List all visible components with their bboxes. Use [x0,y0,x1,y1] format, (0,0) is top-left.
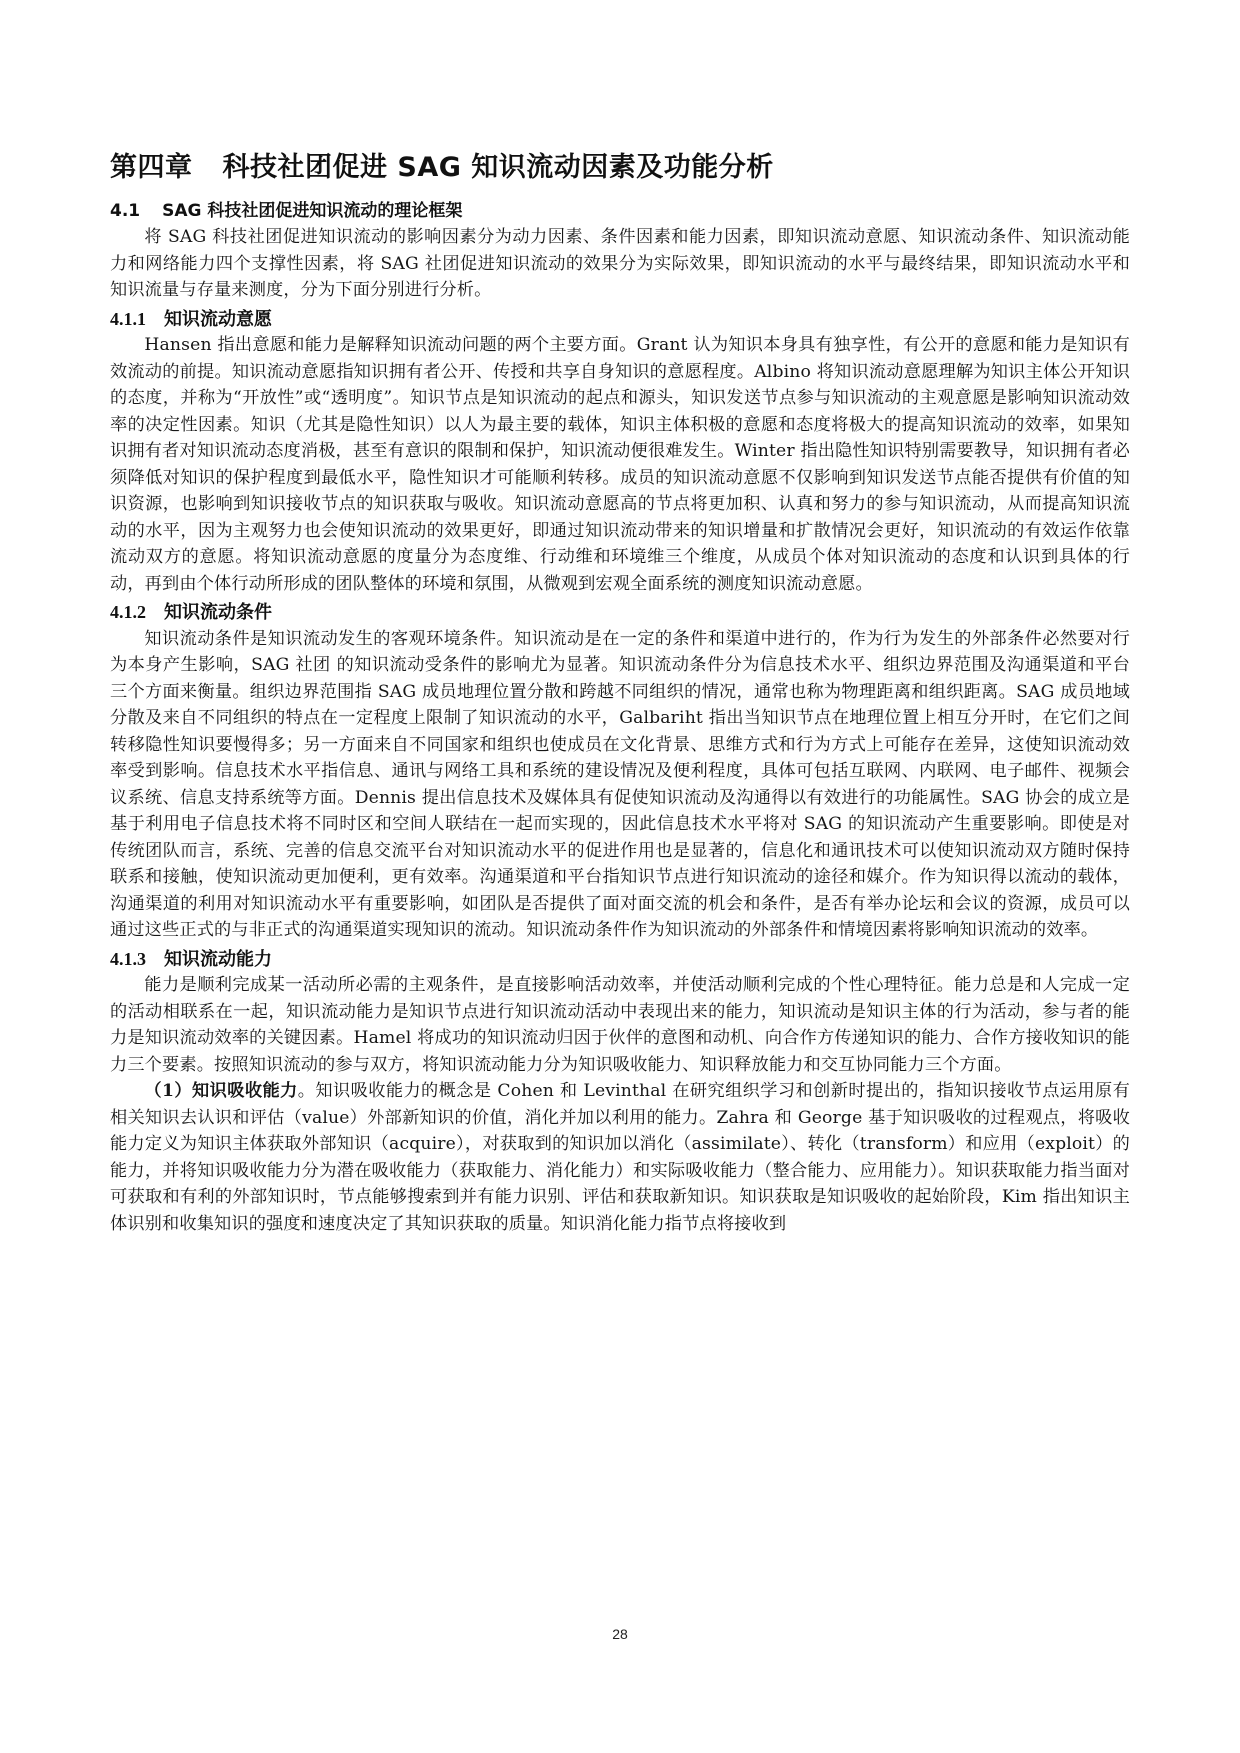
section-title-text: 知识流动能力 [164,949,272,969]
section-title-text: 知识流动条件 [164,602,272,622]
paragraph-4-1-1: Hansen 指出意愿和能力是解释知识流动问题的两个主要方面。Grant 认为知… [110,332,1130,597]
item-text-absorptive-capacity: 。知识吸收能力的概念是 Cohen 和 Levinthal 在研究组织学习和创新… [110,1081,1130,1234]
section-number: 4.1.3 [110,946,146,973]
section-number: 4.1.1 [110,306,146,333]
section-heading-4-1: 4.1SAG 科技社团促进知识流动的理论框架 [110,198,1130,224]
item-label-absorptive-capacity: （1）知识吸收能力 [144,1081,297,1101]
section-heading-4-1-1: 4.1.1知识流动意愿 [110,306,1130,333]
paragraph-4-1-2: 知识流动条件是知识流动发生的客观环境条件。知识流动是在一定的条件和渠道中进行的，… [110,626,1130,944]
section-heading-4-1-2: 4.1.2知识流动条件 [110,599,1130,626]
page-number: 28 [0,1626,1240,1642]
section-number: 4.1 [110,198,140,224]
section-title-text: SAG 科技社团促进知识流动的理论框架 [162,201,462,221]
paragraph-4-1-3: 能力是顺利完成某一活动所必需的主观条件，是直接影响活动效率，并使活动顺利完成的个… [110,972,1130,1078]
chapter-title: 第四章科技社团促进 SAG 知识流动因素及功能分析 [110,150,1130,186]
paragraph-absorptive-capacity: （1）知识吸收能力。知识吸收能力的概念是 Cohen 和 Levinthal 在… [110,1078,1130,1237]
section-title-text: 知识流动意愿 [164,309,272,329]
section-number: 4.1.2 [110,599,146,626]
paragraph-4-1: 将 SAG 科技社团促进知识流动的影响因素分为动力因素、条件因素和能力因素，即知… [110,224,1130,304]
document-page: 第四章科技社团促进 SAG 知识流动因素及功能分析 4.1SAG 科技社团促进知… [110,150,1130,1237]
section-heading-4-1-3: 4.1.3知识流动能力 [110,946,1130,973]
chapter-number: 第四章 [110,152,193,183]
chapter-title-text: 科技社团促进 SAG 知识流动因素及功能分析 [223,152,774,183]
